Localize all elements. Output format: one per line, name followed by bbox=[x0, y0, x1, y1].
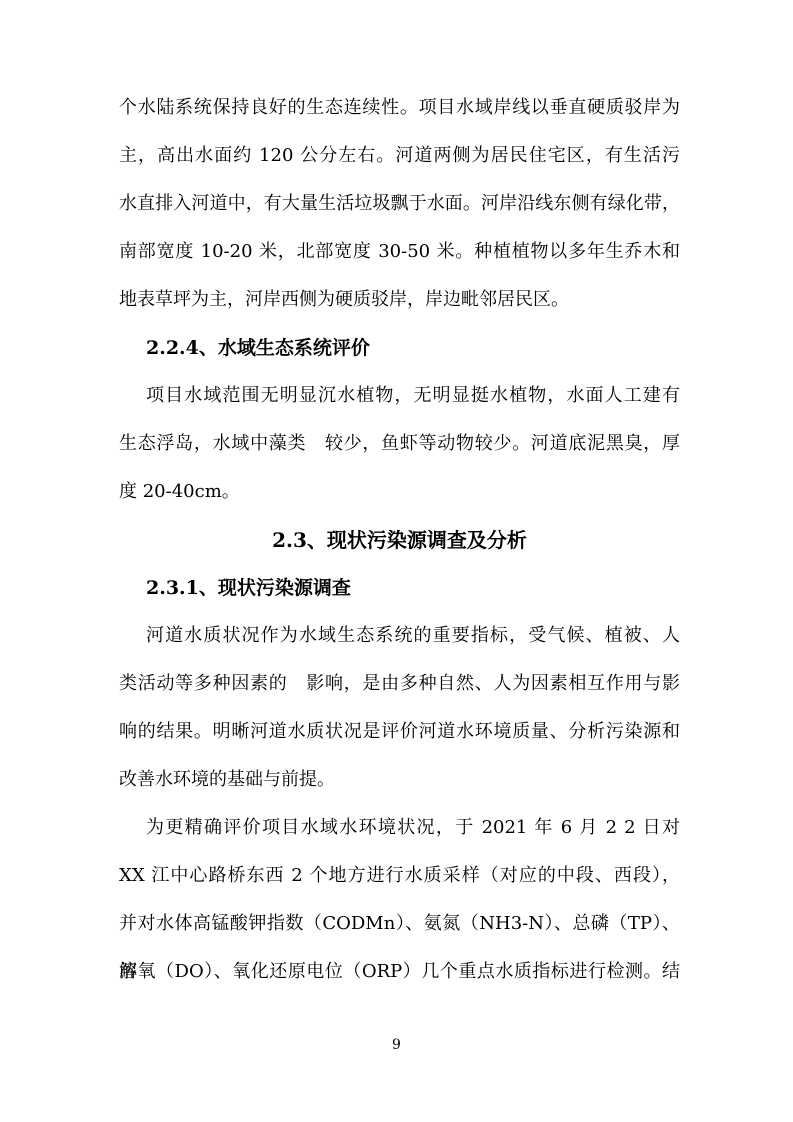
body-line: 主，高出水面约 120 公分左右。河道两侧为居民住宅区，有生活污 bbox=[119, 132, 680, 180]
section-heading-2-2-4: 2.2.4、水域生态系统评价 bbox=[119, 324, 680, 372]
section-heading-2-3: 2.3、现状污染源调查及分析 bbox=[119, 516, 680, 564]
body-line: 类活动等多种因素的 影响，是由多种自然、人为因素相互作用与影 bbox=[119, 660, 680, 708]
body-line: 项目水域范围无明显沉水植物，无明显挺水植物，水面人工建有 bbox=[119, 372, 680, 420]
body-line: 度 20-40cm。 bbox=[119, 468, 680, 516]
body-line: 生态浮岛，水域中藻类 较少，鱼虾等动物较少。河道底泥黑臭，厚 bbox=[119, 420, 680, 468]
page-number: 9 bbox=[0, 1036, 793, 1054]
body-line: 并对水体高锰酸钾指数（CODMn）、氨氮（NH3-N）、总磷（TP）、溶 bbox=[119, 900, 680, 948]
body-line: 水直排入河道中，有大量生活垃圾飘于水面。河岸沿线东侧有绿化带， bbox=[119, 180, 680, 228]
document-page: 个水陆系统保持良好的生态连续性。项目水域岸线以垂直硬质驳岸为 主，高出水面约 1… bbox=[0, 0, 793, 1122]
body-line: 为更精确评价项目水域水环境状况，于 2021 年 6 月 2 2 日对 bbox=[119, 804, 680, 852]
section-heading-2-3-1: 2.3.1、现状污染源调查 bbox=[119, 564, 680, 612]
body-line: 解氧（DO）、氧化还原电位（ORP）几个重点水质指标进行检测。结 bbox=[119, 948, 680, 996]
text-column: 个水陆系统保持良好的生态连续性。项目水域岸线以垂直硬质驳岸为 主，高出水面约 1… bbox=[119, 84, 680, 996]
body-line: 响的结果。明晰河道水质状况是评价河道水环境质量、分析污染源和 bbox=[119, 708, 680, 756]
body-line: XX 江中心路桥东西 2 个地方进行水质采样（对应的中段、西段）， bbox=[119, 852, 680, 900]
body-line: 个水陆系统保持良好的生态连续性。项目水域岸线以垂直硬质驳岸为 bbox=[119, 84, 680, 132]
body-line: 南部宽度 10-20 米，北部宽度 30-50 米。种植植物以多年生乔木和 bbox=[119, 228, 680, 276]
body-line: 地表草坪为主，河岸西侧为硬质驳岸，岸边毗邻居民区。 bbox=[119, 276, 680, 324]
body-line: 河道水质状况作为水域生态系统的重要指标，受气候、植被、人 bbox=[119, 612, 680, 660]
body-line: 改善水环境的基础与前提。 bbox=[119, 756, 680, 804]
